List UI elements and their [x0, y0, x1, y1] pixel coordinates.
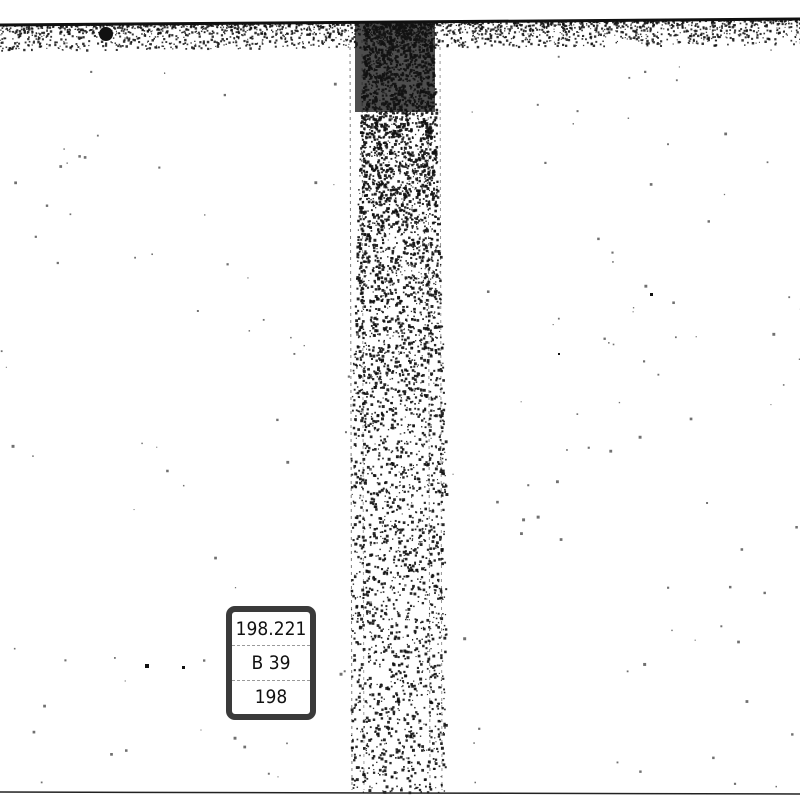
book-spine — [350, 22, 448, 794]
bottom-edge — [0, 792, 800, 794]
call-number-class: 198.221 — [232, 612, 310, 646]
scan-specks — [1, 41, 800, 788]
call-number-label: 198.221 B 39 198 — [226, 606, 316, 720]
call-number-year: 198 — [232, 681, 310, 714]
book-cover-scan — [0, 0, 800, 800]
call-number-cutter: B 39 — [232, 646, 310, 680]
